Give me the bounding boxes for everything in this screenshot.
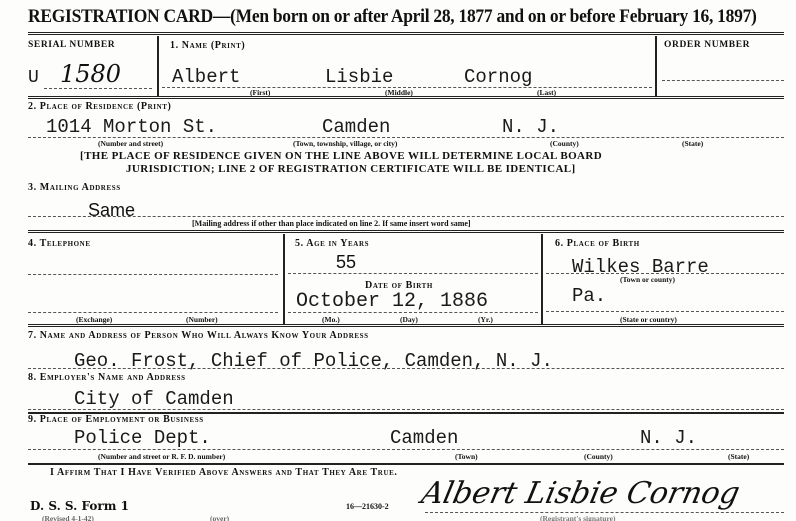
employer-line [28, 409, 784, 410]
employment-town-caption: (Town) [455, 452, 478, 461]
age-label: 5. Age in Years [295, 238, 369, 249]
registrant-signature: Albert Lisbie Cornog [418, 476, 743, 511]
row-rule [28, 230, 784, 235]
divider [655, 36, 657, 96]
age-line [288, 273, 538, 274]
birthplace-state: Pa. [572, 285, 606, 307]
contact-line [28, 368, 784, 369]
employment-state: N. J. [640, 427, 697, 449]
serial-prefix: U [28, 68, 39, 88]
name-first: Albert [172, 66, 240, 88]
telephone-line-1 [28, 274, 278, 275]
card-title: REGISTRATION CARD—(Men born on or after … [28, 6, 757, 28]
residence-line [28, 137, 784, 138]
name-middle: Lisbie [325, 66, 393, 88]
employer-label: 8. Employer's Name and Address [28, 372, 186, 383]
employment-label: 9. Place of Employment or Business [28, 414, 204, 425]
state-or-country-caption: (State or country) [620, 315, 677, 324]
serial-line [44, 88, 152, 89]
birthplace-state-line [546, 311, 784, 312]
mailing-value: Same [88, 200, 135, 221]
street-caption: (Number and street) [98, 139, 163, 148]
number-caption: (Number) [186, 315, 218, 324]
signature-caption: (Registrant's signature) [540, 514, 615, 521]
order-number-label: ORDER NUMBER [664, 40, 750, 50]
telephone-line-2 [28, 312, 278, 313]
town-caption: (Town, township, village, or city) [293, 139, 397, 148]
form-code: 16—21630-2 [346, 502, 389, 511]
order-number-line [662, 80, 784, 81]
telephone-label: 4. Telephone [28, 238, 91, 249]
county-caption: (County) [550, 139, 579, 148]
town-or-county-caption: (Town or county) [620, 275, 675, 284]
month-caption: (Mo.) [322, 315, 340, 324]
employment-street: Police Dept. [74, 427, 211, 449]
mailing-label: 3. Mailing Address [28, 182, 121, 193]
residence-town: Camden [322, 116, 390, 138]
contact-label: 7. Name and Address of Person Who Will A… [28, 330, 369, 341]
serial-number-value: 1580 [60, 60, 121, 88]
state-caption: (State) [682, 139, 703, 148]
affirmation-text: I Affirm That I Have Verified Above Answ… [50, 467, 397, 478]
divider [283, 234, 285, 324]
dob-value: October 12, 1886 [296, 290, 488, 313]
title-rule [28, 32, 784, 37]
form-revised: (Revised 4-1-42) [42, 514, 94, 521]
dob-line [288, 312, 538, 313]
residence-notice-2: JURISDICTION; LINE 2 OF REGISTRATION CER… [126, 163, 576, 175]
mailing-line [28, 216, 784, 217]
divider [157, 36, 159, 96]
residence-county: N. J. [502, 116, 559, 138]
employment-town: Camden [390, 427, 458, 449]
signature-line [425, 512, 784, 513]
employment-line [28, 449, 784, 450]
employment-street-caption: (Number and street or R. F. D. number) [98, 452, 225, 461]
employment-county-caption: (County) [584, 452, 613, 461]
residence-street: 1014 Morton St. [46, 116, 217, 138]
mailing-caption: [Mailing address if other than place ind… [192, 219, 471, 228]
serial-number-label: SERIAL NUMBER [28, 40, 115, 50]
age-value: 55 [336, 252, 356, 273]
birthplace-label: 6. Place of Birth [555, 238, 640, 249]
name-label: 1. Name (Print) [170, 40, 245, 51]
residence-label: 2. Place of Residence (Print) [28, 101, 171, 112]
employer-value: City of Camden [74, 388, 234, 410]
employment-state-caption: (State) [728, 452, 749, 461]
row-rule [28, 463, 784, 465]
form-over: (over) [210, 514, 229, 521]
residence-notice-1: [THE PLACE OF RESIDENCE GIVEN ON THE LIN… [80, 150, 602, 162]
birthplace-town-line [546, 273, 784, 274]
name-last: Cornog [464, 66, 532, 88]
day-caption: (Day) [400, 315, 418, 324]
form-number: D. S. S. Form 1 [30, 499, 129, 513]
divider [541, 234, 543, 324]
exchange-caption: (Exchange) [76, 315, 112, 324]
row-rule [28, 324, 784, 329]
year-caption: (Yr.) [478, 315, 493, 324]
